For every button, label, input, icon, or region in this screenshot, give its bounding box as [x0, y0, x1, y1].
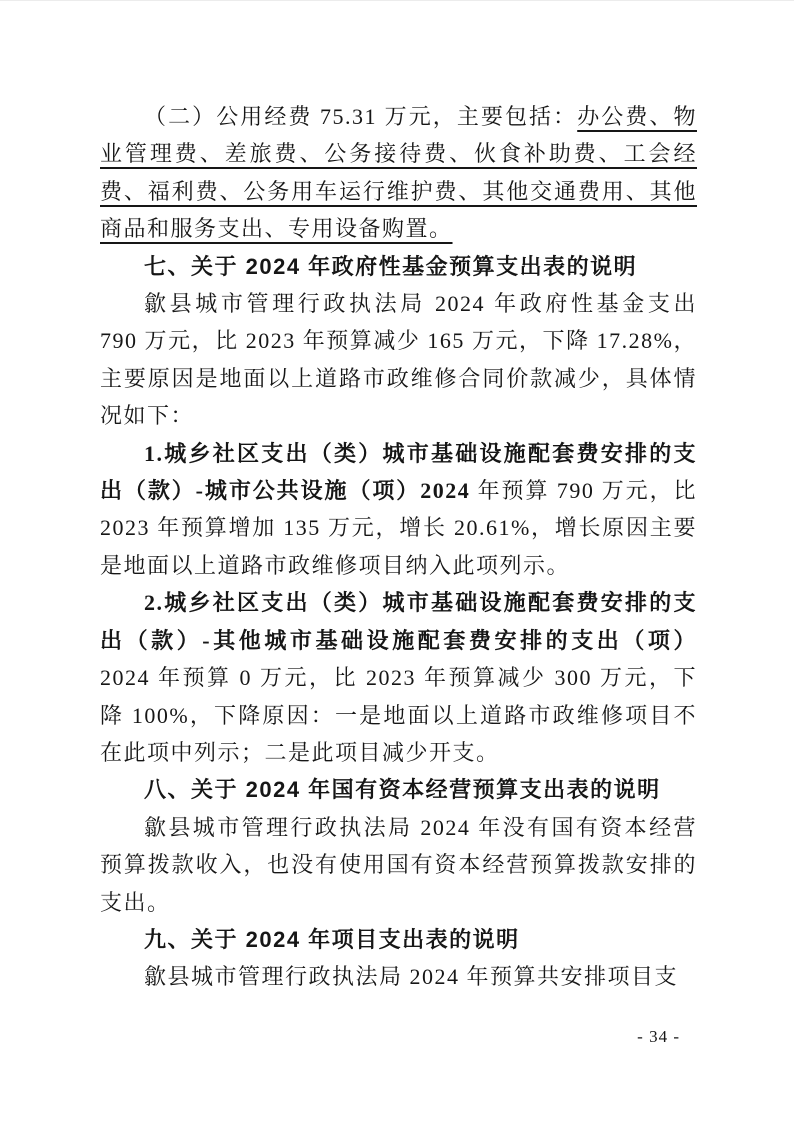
paragraph-item-1: 1.城乡社区支出（类）城市基础设施配套费安排的支出（款）-城市公共设施（项）20…	[100, 435, 697, 585]
paragraph-project-expense: 歙县城市管理行政执法局 2024 年预算共安排项目支	[100, 958, 697, 995]
paragraph-state-capital: 歙县城市管理行政执法局 2024 年没有国有资本经营预算拨款收入，也没有使用国有…	[100, 809, 697, 921]
document-body: （二）公用经费 75.31 万元，主要包括：办公费、物业管理费、差旅费、公务接待…	[100, 98, 697, 996]
text-run: 歙县城市管理行政执法局 2024 年预算共安排项目支	[144, 964, 678, 989]
paragraph-public-expense: （二）公用经费 75.31 万元，主要包括：办公费、物业管理费、差旅费、公务接待…	[100, 98, 697, 248]
section-heading-8: 八、关于 2024 年国有资本经营预算支出表的说明	[100, 771, 697, 808]
section-heading-9: 九、关于 2024 年项目支出表的说明	[100, 921, 697, 958]
text-run: （二）公用经费 75.31 万元，主要包括：	[144, 104, 577, 129]
text-run: 七、关于 2024 年政府性基金预算支出表的说明	[144, 254, 637, 279]
section-heading-7: 七、关于 2024 年政府性基金预算支出表的说明	[100, 248, 697, 285]
document-page: （二）公用经费 75.31 万元，主要包括：办公费、物业管理费、差旅费、公务接待…	[0, 0, 794, 1122]
paragraph-gov-fund-summary: 歙县城市管理行政执法局 2024 年政府性基金支出 790 万元，比 2023 …	[100, 285, 697, 435]
text-run: 歙县城市管理行政执法局 2024 年没有国有资本经营预算拨款收入，也没有使用国有…	[100, 815, 697, 915]
text-run: 八、关于 2024 年国有资本经营预算支出表的说明	[144, 777, 661, 802]
text-run: 九、关于 2024 年项目支出表的说明	[144, 927, 520, 952]
page-number: - 34 -	[637, 1027, 680, 1047]
text-run: 2024 年预算 0 万元，比 2023 年预算减少 300 万元，下降 100…	[100, 665, 697, 765]
text-run: 歙县城市管理行政执法局 2024 年政府性基金支出 790 万元，比 2023 …	[100, 291, 697, 428]
text-run: 2.城乡社区支出（类）城市基础设施配套费安排的支出（款）-其他城市基础设施配套费…	[100, 590, 697, 652]
paragraph-item-2: 2.城乡社区支出（类）城市基础设施配套费安排的支出（款）-其他城市基础设施配套费…	[100, 584, 697, 771]
